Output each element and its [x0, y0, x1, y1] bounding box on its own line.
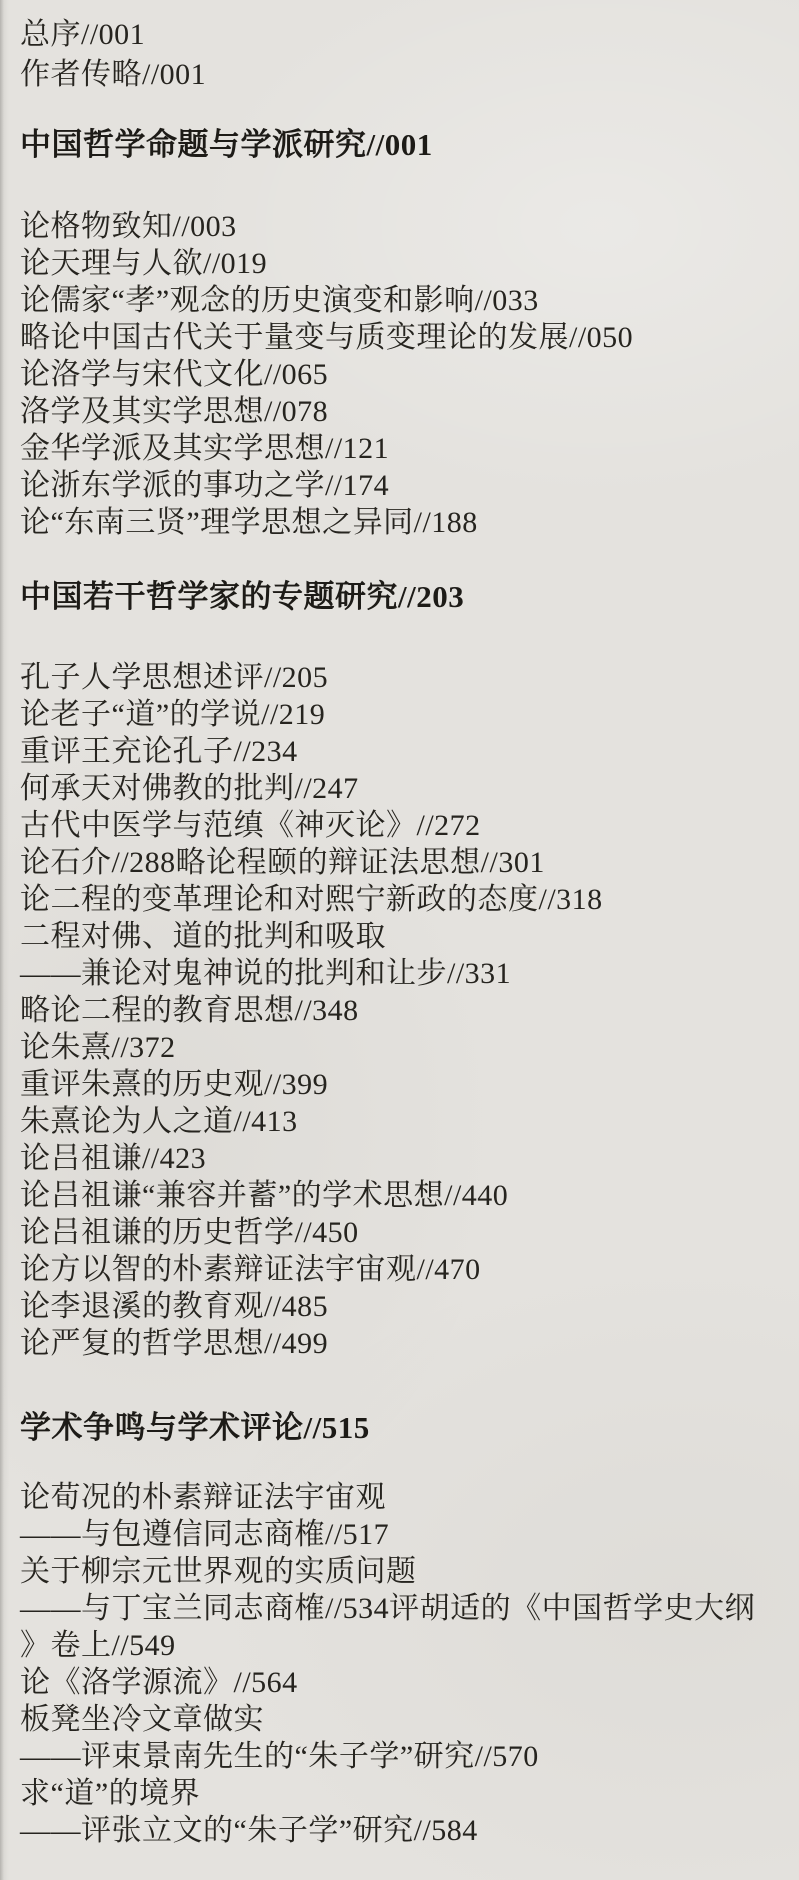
toc-entry: 朱熹论为人之道//413	[20, 1103, 785, 1140]
toc-entry-continuation: ——评张立文的“朱子学”研究//584	[20, 1812, 785, 1849]
toc-entry: 论浙东学派的事功之学//174	[20, 467, 785, 504]
toc-entry: 论吕祖谦的历史哲学//450	[20, 1214, 785, 1251]
toc-frontmatter: 总序//001 作者传略//001	[20, 15, 785, 95]
toc-entry: 论吕祖谦//423	[20, 1140, 785, 1177]
toc-entry: 论二程的变革理论和对熙宁新政的态度//318	[20, 881, 785, 918]
toc-section-1: 中国哲学命题与学派研究//001 论格物致知//003 论天理与人欲//019 …	[20, 123, 785, 541]
toc-entry: 板凳坐冷文章做实	[20, 1701, 785, 1738]
toc-entry: 洛学及其实学思想//078	[20, 393, 785, 430]
section-heading: 学术争鸣与学术评论//515	[20, 1406, 785, 1450]
toc-entry: 重评朱熹的历史观//399	[20, 1066, 785, 1103]
toc-entry-continuation: ——兼论对鬼神说的批判和让步//331	[20, 955, 785, 992]
toc-entry-continuation: 》卷上//549	[20, 1627, 785, 1664]
toc-entry: 论老子“道”的学说//219	[20, 696, 785, 733]
toc-section-3: 学术争鸣与学术评论//515 论荀况的朴素辩证法宇宙观 ——与包遵信同志商榷//…	[20, 1406, 785, 1849]
toc-entry: 论“东南三贤”理学思想之异同//188	[20, 504, 785, 541]
toc-entry: 何承天对佛教的批判//247	[20, 770, 785, 807]
toc-entry: 论严复的哲学思想//499	[20, 1325, 785, 1362]
toc-entry: 论天理与人欲//019	[20, 245, 785, 282]
toc-entry: 二程对佛、道的批判和吸取	[20, 918, 785, 955]
toc-entry: 论吕祖谦“兼容并蓄”的学术思想//440	[20, 1177, 785, 1214]
section-heading: 中国哲学命题与学派研究//001	[20, 123, 785, 167]
toc-entry: 论朱熹//372	[20, 1029, 785, 1066]
toc-entry: 论李退溪的教育观//485	[20, 1288, 785, 1325]
toc-entry: 论《洛学源流》//564	[20, 1664, 785, 1701]
toc-entry: 求“道”的境界	[20, 1775, 785, 1812]
toc-entry: 论格物致知//003	[20, 208, 785, 245]
toc-page: 总序//001 作者传略//001 中国哲学命题与学派研究//001 论格物致知…	[0, 0, 799, 1849]
toc-entry: 论洛学与宋代文化//065	[20, 356, 785, 393]
toc-entry: 略论二程的教育思想//348	[20, 992, 785, 1029]
section-heading: 中国若干哲学家的专题研究//203	[20, 575, 785, 619]
toc-entry: 关于柳宗元世界观的实质问题	[20, 1553, 785, 1590]
toc-entry: 孔子人学思想述评//205	[20, 659, 785, 696]
toc-entry: 论石介//288略论程颐的辩证法思想//301	[20, 844, 785, 881]
toc-entry: 论荀况的朴素辩证法宇宙观	[20, 1479, 785, 1516]
toc-entry: 古代中医学与范缜《神灭论》//272	[20, 807, 785, 844]
toc-entry-continuation: ——与包遵信同志商榷//517	[20, 1516, 785, 1553]
toc-entry: 金华学派及其实学思想//121	[20, 430, 785, 467]
toc-entry-continuation: ——评束景南先生的“朱子学”研究//570	[20, 1738, 785, 1775]
toc-entry: 总序//001	[20, 15, 785, 55]
toc-entry: 略论中国古代关于量变与质变理论的发展//050	[20, 319, 785, 356]
toc-entry: 论儒家“孝”观念的历史演变和影响//033	[20, 282, 785, 319]
toc-entry: 重评王充论孔子//234	[20, 733, 785, 770]
toc-entry: 作者传略//001	[20, 55, 785, 95]
toc-entry: 论方以智的朴素辩证法宇宙观//470	[20, 1251, 785, 1288]
toc-entry-continuation: ——与丁宝兰同志商榷//534评胡适的《中国哲学史大纲	[20, 1590, 785, 1627]
toc-section-2: 中国若干哲学家的专题研究//203 孔子人学思想述评//205 论老子“道”的学…	[20, 575, 785, 1362]
